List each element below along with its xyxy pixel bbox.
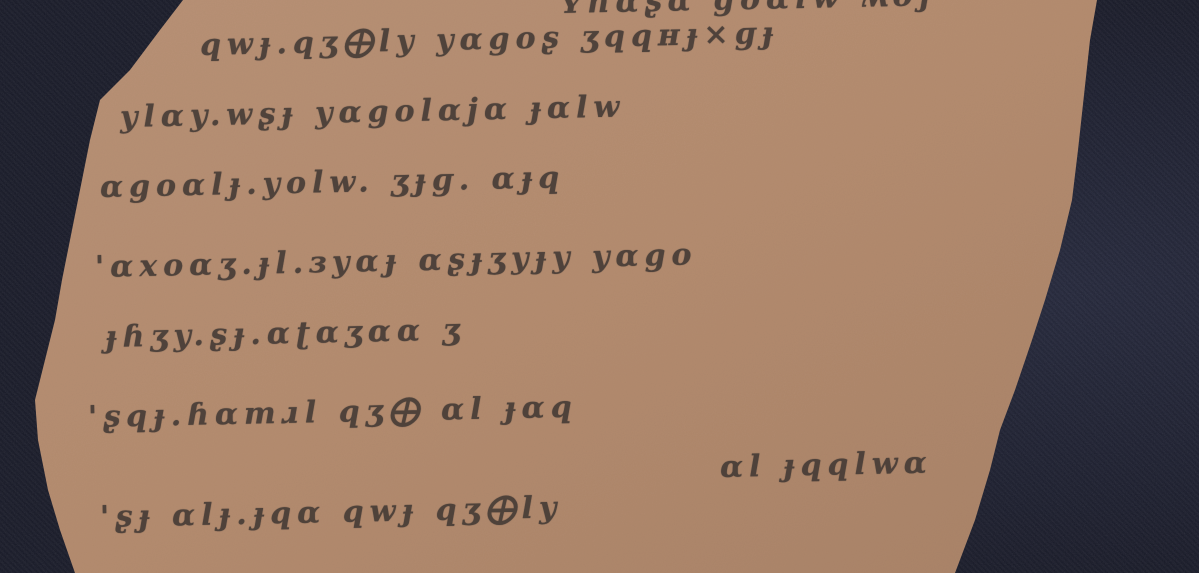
inscription-line-8: ɑl ɟqqlwɑ — [720, 446, 933, 485]
ostracon-shard: ʏɦɑʂɑ ɡoɑlw ʍoɟ qwɟ.qʒ⨁ly yɑgoʂ ʒqqʜɟ×ɡɟ… — [0, 0, 1199, 573]
shard-shape — [0, 0, 1199, 573]
